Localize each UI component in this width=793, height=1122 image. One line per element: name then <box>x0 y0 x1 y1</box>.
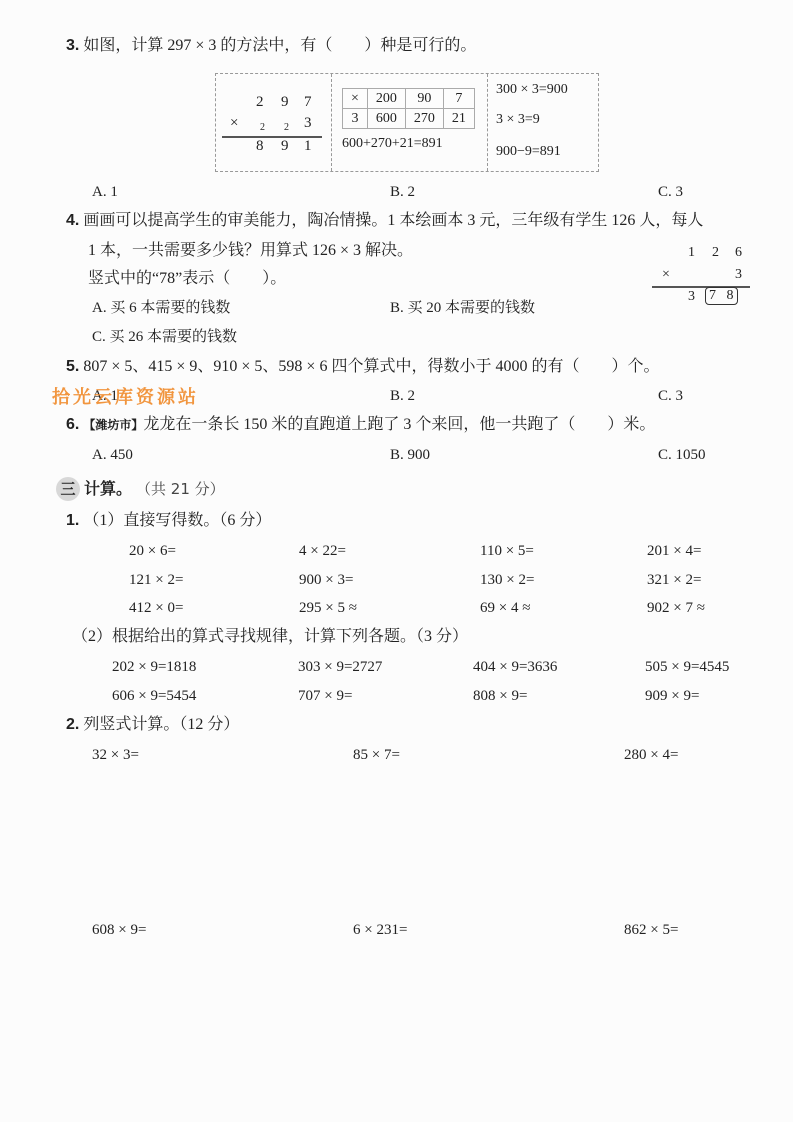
option-b[interactable]: B. 900 <box>390 445 430 465</box>
expression: 606 × 9=5454 <box>112 686 196 706</box>
digit: 9 <box>281 138 289 155</box>
expression: 110 × 5= <box>480 541 534 561</box>
vertical-calc-expression: 280 × 4= <box>624 745 678 765</box>
option-c[interactable]: C. 买 26 本需要的钱数 <box>92 327 237 347</box>
section-3-header: 三 计算。 （共 21 分） <box>56 476 225 501</box>
part-number: 2. <box>66 716 79 733</box>
grid-sum: 600+270+21=891 <box>342 136 443 152</box>
expression: 130 × 2= <box>480 570 534 590</box>
expression: 121 × 2= <box>129 570 183 590</box>
region-tag: 【潍坊市】 <box>83 418 143 432</box>
question-3-figure: 2 9 7 × 2 2 3 8 9 1 × 200 90 7 3 600 270… <box>215 73 599 172</box>
section-title: 计算。 <box>84 479 132 498</box>
expression: 201 × 4= <box>647 541 701 561</box>
option-b[interactable]: B. 2 <box>390 386 415 406</box>
option-c[interactable]: C. 3 <box>658 386 683 406</box>
grid-cell: 270 <box>405 109 443 129</box>
vertical-calc-expression: 85 × 7= <box>353 745 400 765</box>
expression: 808 × 9= <box>473 686 527 706</box>
multiplication-grid: × 200 90 7 3 600 270 21 <box>342 88 475 129</box>
digit: 1 <box>688 245 695 261</box>
option-b[interactable]: B. 买 20 本需要的钱数 <box>390 298 535 318</box>
grid-cell: 3 <box>343 109 368 129</box>
estimate-line: 300 × 3=900 <box>496 82 568 98</box>
method-estimate: 300 × 3=900 3 × 3=9 900−9=891 <box>487 74 598 171</box>
grid-cell: 200 <box>367 89 405 109</box>
expression: 20 × 6= <box>129 541 176 561</box>
expression: 69 × 4 ≈ <box>480 598 530 618</box>
part-number: 1. <box>66 512 79 529</box>
vertical-calc-expression: 608 × 9= <box>92 920 146 940</box>
expression: 412 × 0= <box>129 598 183 618</box>
question-number: 5. <box>66 358 79 375</box>
digit: 8 <box>727 288 734 303</box>
expression: 404 × 9=3636 <box>473 657 557 677</box>
boxed-78: 7 8 <box>705 287 738 305</box>
option-c[interactable]: C. 1050 <box>658 445 706 465</box>
carry-digit: 2 <box>260 122 265 133</box>
digit: 1 <box>304 138 312 155</box>
question-text-line1: 画画可以提高学生的审美能力，陶冶情操。1 本绘画本 3 元，三年级有学生 126… <box>83 212 703 229</box>
part-label: 列竖式计算。（12 分） <box>83 716 239 733</box>
digit: 3 <box>304 115 312 132</box>
expression: 202 × 9=1818 <box>112 657 196 677</box>
question-text-line2: 1 本，一共需要多少钱？用算式 126 × 3 解决。 <box>88 240 413 262</box>
times-sign: × <box>230 115 238 132</box>
expression: 900 × 3= <box>299 570 353 590</box>
section-score: （共 21 分） <box>136 480 225 498</box>
question-text: 龙龙在一条长 150 米的直跑道上跑了 3 个来回，他一共跑了（ ）米。 <box>143 416 655 433</box>
vertical-calc-expression: 862 × 5= <box>624 920 678 940</box>
vertical-calc-expression: 32 × 3= <box>92 745 139 765</box>
question-number: 6. <box>66 416 79 433</box>
question-5: 5. 807 × 5、415 × 9、910 × 5、598 × 6 四个算式中… <box>66 356 659 378</box>
expression: 4 × 22= <box>299 541 346 561</box>
digit: 6 <box>735 245 742 261</box>
question-text-line3: 竖式中的“78”表示（ ）。 <box>88 268 286 290</box>
expression: 321 × 2= <box>647 570 701 590</box>
option-a[interactable]: A. 1 <box>92 182 118 202</box>
question-text: 如图，计算 297 × 3 的方法中，有（ ）种是可行的。 <box>83 37 476 54</box>
part-1-sub-1-heading: 1. （1）直接写得数。（6 分） <box>66 510 271 532</box>
method-grid: × 200 90 7 3 600 270 21 600+270+21=891 <box>331 74 487 171</box>
digit: 9 <box>281 94 289 111</box>
option-a[interactable]: A. 买 6 本需要的钱数 <box>92 298 230 318</box>
carry-digit: 2 <box>284 122 289 133</box>
digit: 7 <box>304 94 312 111</box>
expression: 902 × 7 ≈ <box>647 598 705 618</box>
question-3: 3. 如图，计算 297 × 3 的方法中，有（ ）种是可行的。 <box>66 35 476 57</box>
times-sign: × <box>662 267 670 283</box>
question-text: 807 × 5、415 × 9、910 × 5、598 × 6 四个算式中，得数… <box>83 358 659 375</box>
grid-cell: 21 <box>443 109 474 129</box>
grid-cell: 600 <box>367 109 405 129</box>
option-a[interactable]: A. 450 <box>92 445 133 465</box>
estimate-line: 900−9=891 <box>496 144 561 160</box>
grid-cell: 7 <box>443 89 474 109</box>
method-vertical: 2 9 7 × 2 2 3 8 9 1 <box>216 74 331 171</box>
digit: 2 <box>256 94 264 111</box>
section-badge: 三 <box>56 477 80 501</box>
expression: 303 × 9=2727 <box>298 657 382 677</box>
estimate-line: 3 × 3=9 <box>496 112 540 128</box>
option-c[interactable]: C. 3 <box>658 182 683 202</box>
grid-cell: × <box>343 89 368 109</box>
question-6: 6. 【潍坊市】龙龙在一条长 150 米的直跑道上跑了 3 个来回，他一共跑了（… <box>66 414 655 436</box>
part-2-heading: 2. 列竖式计算。（12 分） <box>66 714 239 736</box>
expression: 707 × 9= <box>298 686 352 706</box>
digit: 8 <box>256 138 264 155</box>
expression: 505 × 9=4545 <box>645 657 729 677</box>
expression: 909 × 9= <box>645 686 699 706</box>
digit: 2 <box>712 245 719 261</box>
question-number: 3. <box>66 37 79 54</box>
digit: 3 <box>688 289 695 305</box>
option-b[interactable]: B. 2 <box>390 182 415 202</box>
expression: 295 × 5 ≈ <box>299 598 357 618</box>
digit: 3 <box>735 267 742 283</box>
sub-label: （1）直接写得数。（6 分） <box>83 512 271 529</box>
question-4: 4. 画画可以提高学生的审美能力，陶冶情操。1 本绘画本 3 元，三年级有学生 … <box>66 210 703 232</box>
watermark: 拾光云库资源站 <box>52 383 199 409</box>
grid-cell: 90 <box>405 89 443 109</box>
digit: 7 <box>709 288 716 303</box>
question-4-vertical: 1 2 6 × 3 3 7 8 <box>650 245 755 310</box>
question-number: 4. <box>66 212 79 229</box>
part-1-sub-2-heading: （2）根据给出的算式寻找规律，计算下列各题。（3 分） <box>72 626 468 648</box>
vertical-calc-expression: 6 × 231= <box>353 920 407 940</box>
